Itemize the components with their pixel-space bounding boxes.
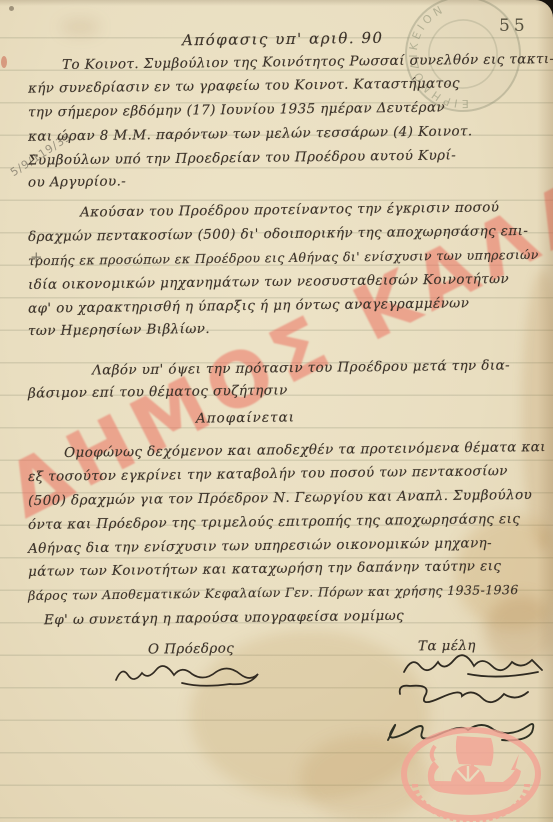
ship-seal: [399, 726, 549, 822]
page-edge-shadow: [537, 0, 553, 822]
manuscript-line: βάσιμον επί του θέματος συζήτησιν: [28, 382, 288, 401]
ship-stern-curl: [432, 746, 435, 761]
signature-member-2: [396, 682, 536, 712]
manuscript-line: ου Αργυρίου.-: [28, 173, 126, 190]
manuscript-title: Απόφασις υπ' αριθ. 90: [182, 29, 384, 49]
ship-sail: [456, 736, 494, 766]
ink-speck: [9, 6, 14, 11]
president-label: Ο Πρόεδρος: [148, 640, 234, 657]
manuscript-verdict-heading: Αποφαίνεται: [196, 409, 295, 426]
scanned-document: ΔΗΜΟΣ ΚΑΛΑΜΑΡΙΑΣ ΕΙΡΗΝΟΔΙΚΕΙΟΝ 55 5/9/11…: [0, 0, 553, 822]
signature-president: [112, 662, 262, 690]
signature-member-1: [398, 652, 546, 682]
page-number: 55: [499, 16, 529, 36]
ship-prow-pennant: [511, 754, 519, 770]
paper-stain: [60, 18, 100, 36]
manuscript-line: των Ημερησίων Βιβλίων.: [28, 321, 210, 339]
notebook-page: ΔΗΜΟΣ ΚΑΛΑΜΑΡΙΑΣ ΕΙΡΗΝΟΔΙΚΕΙΟΝ 55 5/9/11…: [0, 0, 553, 822]
page-edge-shadow: [0, 0, 553, 6]
ink-speck: [1, 56, 7, 68]
